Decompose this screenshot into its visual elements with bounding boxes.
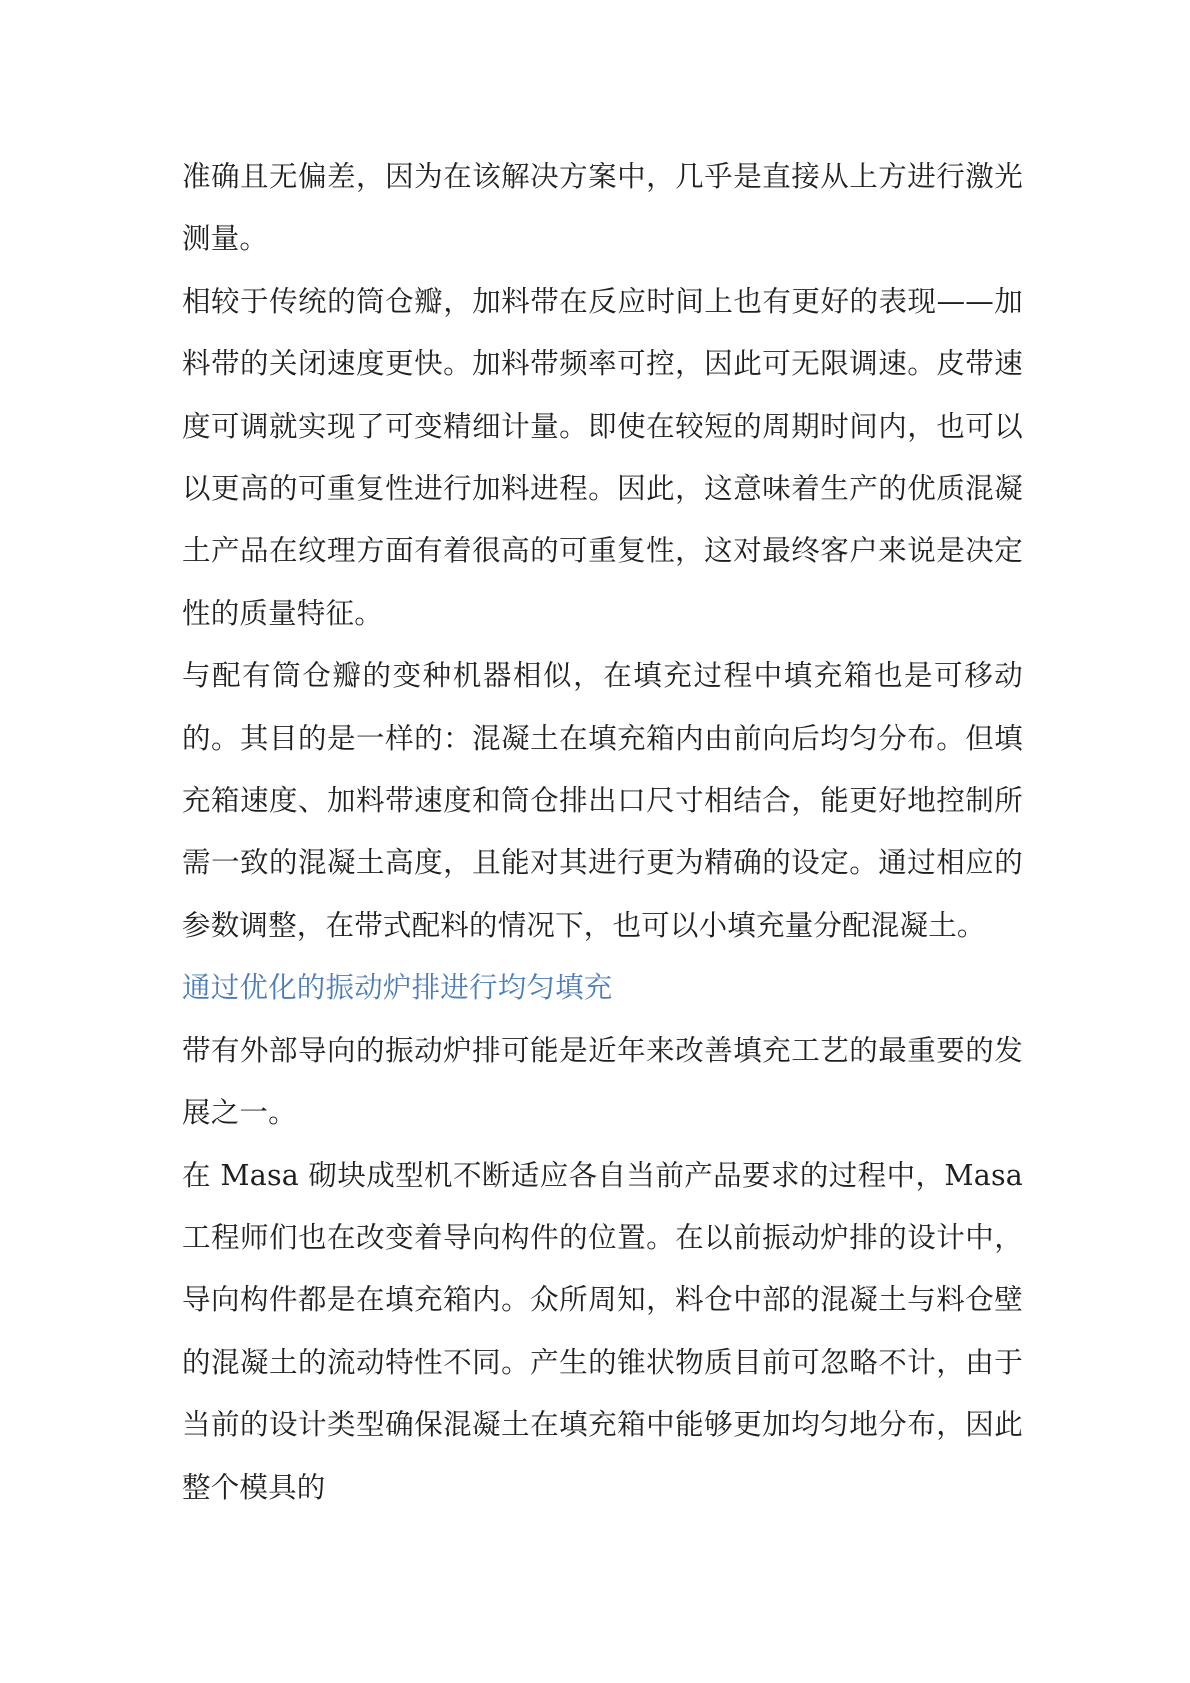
paragraph: 准确且无偏差，因为在该解决方案中，几乎是直接从上方进行激光测量。 — [182, 146, 1023, 271]
paragraph: 相较于传统的筒仓瓣，加料带在反应时间上也有更好的表现——加料带的关闭速度更快。加… — [182, 271, 1023, 645]
paragraph: 在 Masa 砌块成型机不断适应各自当前产品要求的过程中，Masa 工程师们也在… — [182, 1145, 1023, 1519]
paragraph: 带有外部导向的振动炉排可能是近年来改善填充工艺的最重要的发展之一。 — [182, 1020, 1023, 1145]
paragraph: 与配有筒仓瓣的变种机器相似，在填充过程中填充箱也是可移动的。其目的是一样的：混凝… — [182, 645, 1023, 957]
document-body: 准确且无偏差，因为在该解决方案中，几乎是直接从上方进行激光测量。相较于传统的筒仓… — [182, 146, 1023, 1519]
section-heading: 通过优化的振动炉排进行均匀填充 — [182, 957, 1023, 1019]
document-page: 准确且无偏差，因为在该解决方案中，几乎是直接从上方进行激光测量。相较于传统的筒仓… — [0, 0, 1190, 1683]
